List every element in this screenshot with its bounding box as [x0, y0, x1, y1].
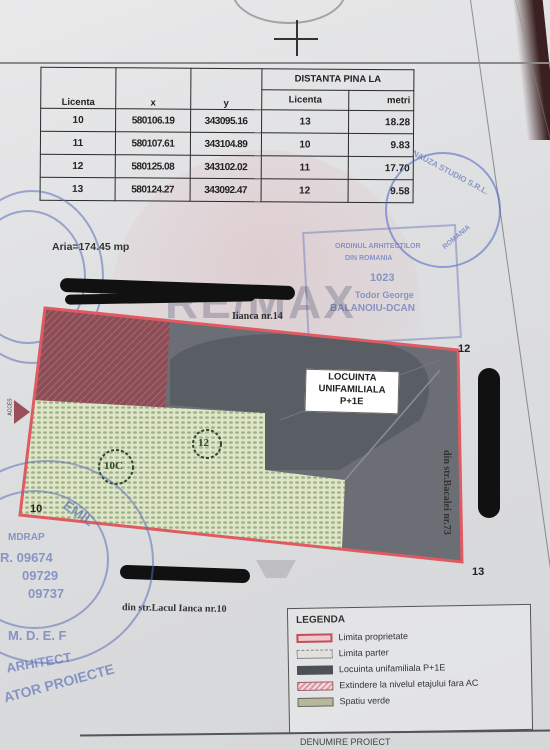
legend-label: Locuinta unifamiliala P+1E — [339, 662, 445, 674]
project-name-label: DENUMIRE PROIECT — [300, 737, 391, 747]
legend-title: LEGENDA — [296, 611, 530, 626]
house-swatch — [297, 665, 333, 675]
corner-label-12: 12 — [458, 343, 470, 355]
ground-floor-limit-swatch — [297, 649, 333, 659]
stamp-text: 09729 — [22, 568, 58, 583]
legend: LEGENDA Limita proprietate Limita parter… — [287, 604, 533, 734]
legend-label: Spatiu verde — [339, 695, 390, 706]
legend-label: Extindere la nivelul etajului fara AC — [339, 678, 478, 690]
stamp-text: 09737 — [28, 586, 64, 601]
extension-swatch — [297, 681, 333, 691]
legend-label: Limita parter — [339, 647, 389, 658]
zone-marker-10c: 10C — [104, 460, 123, 472]
stamp-text: R. 09674 — [0, 550, 53, 565]
stamp-text: MDRAP — [8, 532, 45, 543]
access-label: ACCES — [8, 398, 14, 415]
property-limit-swatch — [296, 633, 332, 643]
building-label: LOCUINTA UNIFAMILIALA P+1E — [304, 369, 399, 414]
legend-label: Limita proprietate — [338, 631, 408, 642]
street-label-right: din str.Bacalei nr.73 — [441, 450, 452, 580]
legend-item: Spatiu verde — [297, 690, 531, 710]
corner-label-13: 13 — [472, 566, 484, 578]
stamp-text: M. D. E. F — [8, 628, 67, 643]
zone-marker-12: 12 — [198, 437, 209, 449]
green-space-swatch — [297, 697, 333, 707]
building-label-line: P+1E — [306, 395, 398, 409]
